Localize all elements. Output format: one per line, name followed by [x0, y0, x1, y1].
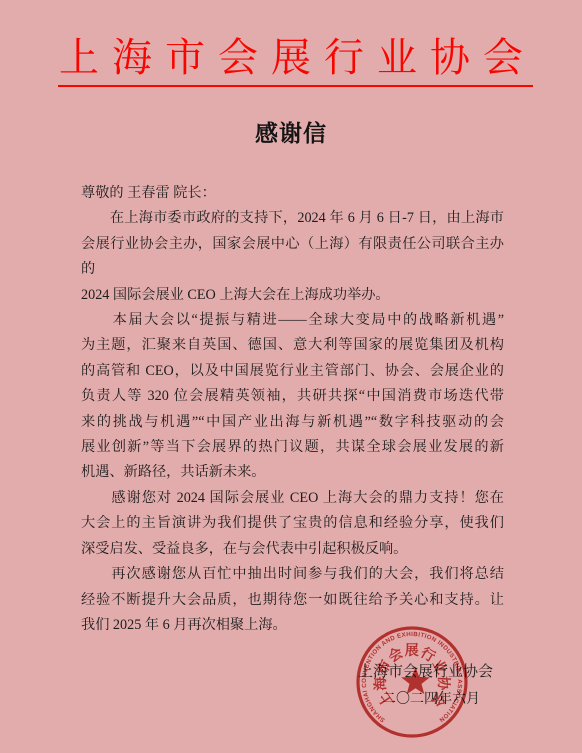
body-line: 再次感谢您从百忙中抽出时间参与我们的大会，我们将总结 — [81, 562, 504, 587]
star-icon — [401, 667, 430, 694]
body-line: 来的挑战与机遇”“中国产业出海与新机遇”“数字科技驱动的会 — [81, 410, 504, 435]
org-title: 上海市会展行业协会 — [0, 34, 582, 82]
body-line: 大会上的主旨演讲为我们提供了宝贵的信息和经验分享，使我们 — [81, 511, 504, 536]
body-line: 负责人等 320 位会展精英领袖，共研共探“中国消费市场迭代带 — [81, 384, 504, 409]
letter-page: 上海市会展行业协会 感谢信 尊敬的 王春雷 院长： 在上海市委市政府的支持下，2… — [0, 0, 582, 753]
org-title-underline — [58, 85, 533, 87]
body-line: 深受启发、受益良多，在与会代表中引起积极反响。 — [81, 537, 504, 562]
letter-body: 尊敬的 王春雷 院长： 在上海市委市政府的支持下，2024 年 6 月 6 日-… — [81, 181, 504, 638]
body-line: 经验不断提升大会品质，也期待您一如既往给予关心和支持。让 — [81, 588, 504, 613]
body-line: 机遇、新路径，共话新未来。 — [81, 460, 504, 485]
body-line: 展业创新”等当下会展界的热门议题，共谋全球会展业发展的新 — [81, 435, 504, 460]
body-line: 为主题，汇聚来自英国、德国、意大利等国家的展览集团及机构 — [81, 333, 504, 358]
body-line: 会展行业协会主办，国家会展中心（上海）有限责任公司联合主办的 — [81, 232, 504, 283]
body-line: 尊敬的 王春雷 院长： — [81, 181, 504, 206]
body-line: 2024 国际会展业 CEO 上海大会在上海成功举办。 — [81, 283, 504, 308]
body-line: 在上海市委市政府的支持下，2024 年 6 月 6 日-7 日，由上海市 — [81, 206, 504, 231]
letter-title: 感谢信 — [0, 118, 582, 148]
body-line: 的高管和 CEO，以及中国展览行业主管部门、协会、会展企业的 — [81, 359, 504, 384]
body-line: 本届大会以“提振与精进——全球大变局中的战略新机遇” — [81, 308, 504, 333]
official-seal-stamp: SHANGHAI CONVENTION AND EXHIBITION INDUS… — [342, 611, 482, 751]
body-line: 感谢您对 2024 国际会展业 CEO 上海大会的鼎力支持！您在 — [81, 486, 504, 511]
